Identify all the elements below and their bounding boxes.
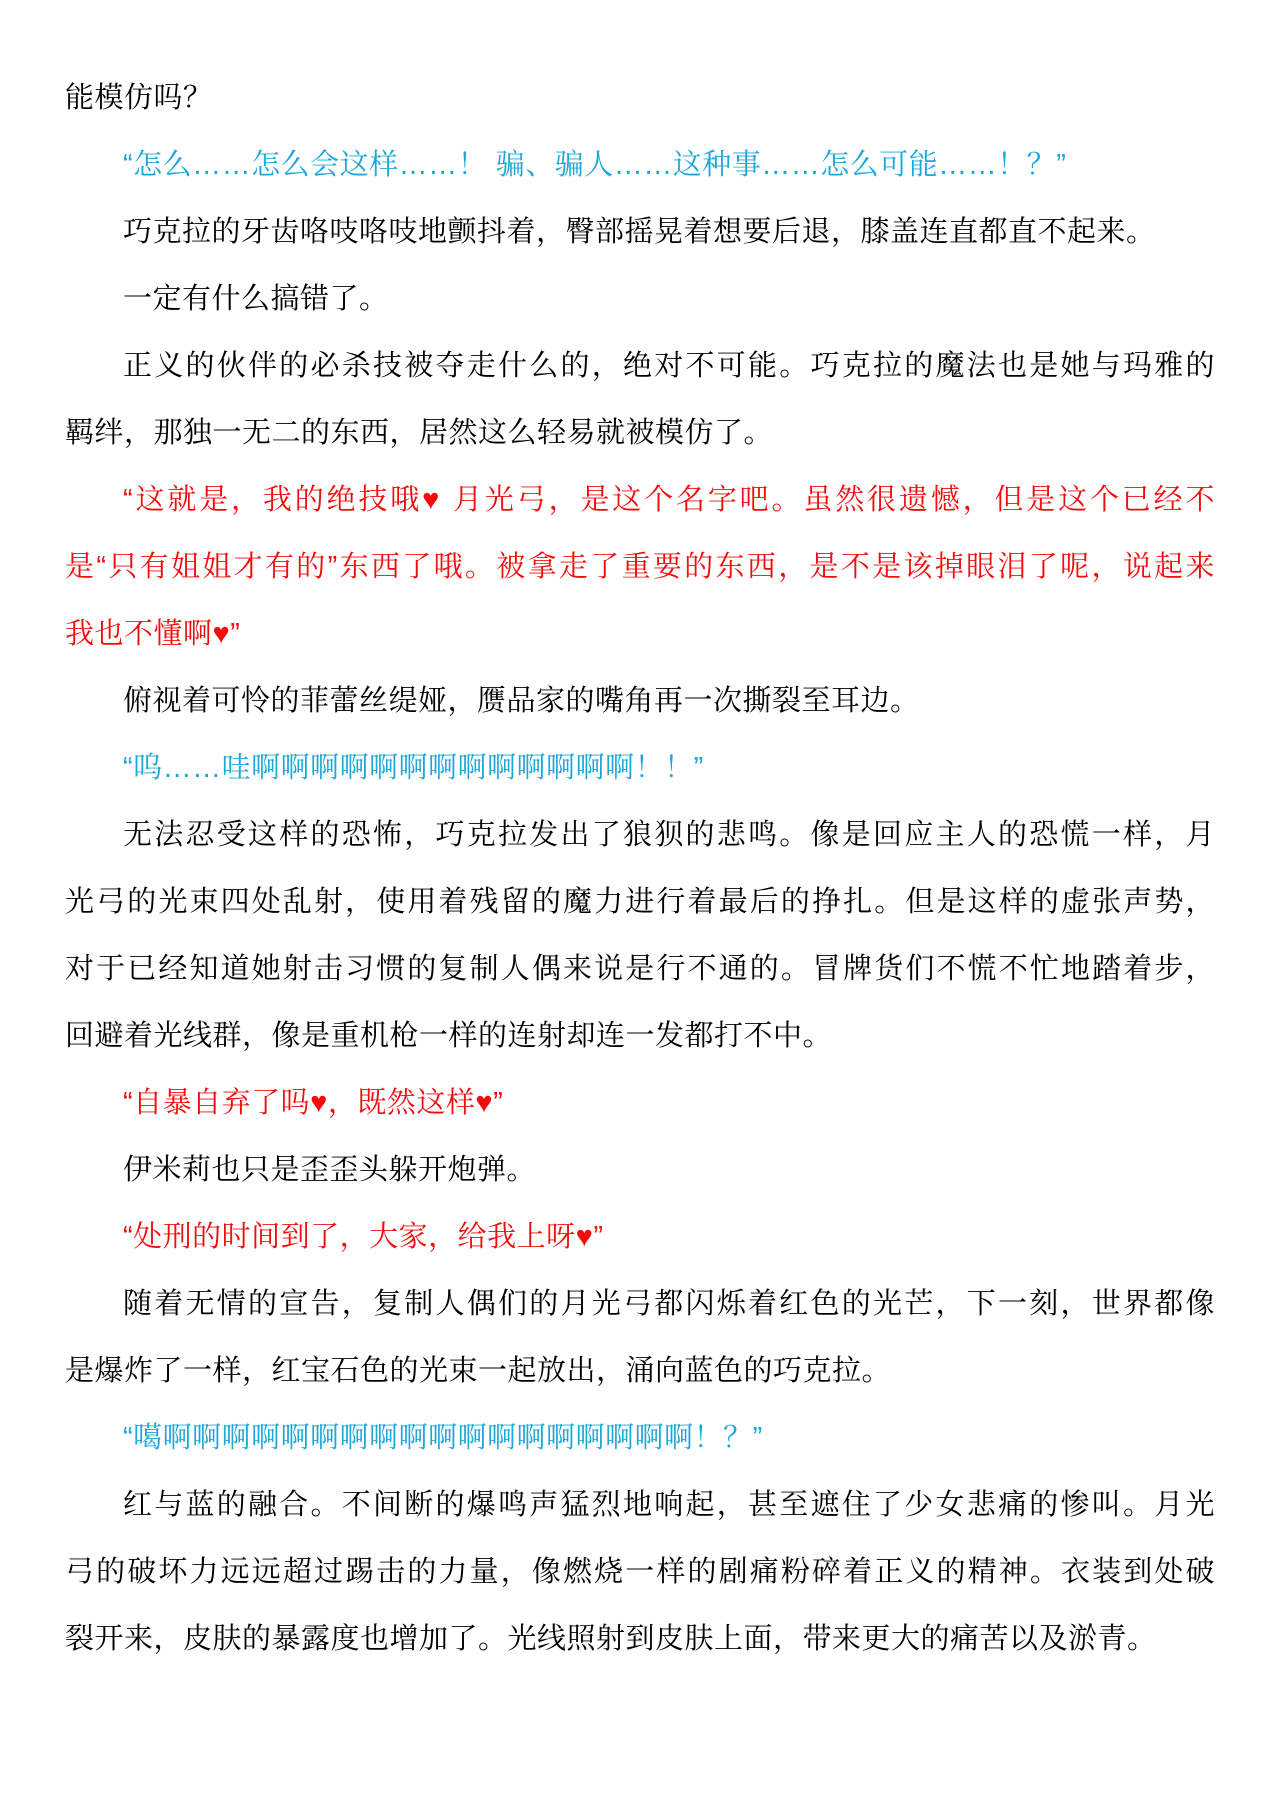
- narrative-line: 巧克拉的牙齿咯吱咯吱地颤抖着，臀部摇晃着想要后退，膝盖连直都直不起来。: [65, 199, 1215, 266]
- narrative-line: 羁绊，那独一无二的东西，居然这么轻易就被模仿了。: [65, 400, 1215, 467]
- narrative-line: 是爆炸了一样，红宝石色的光束一起放出，涌向蓝色的巧克拉。: [65, 1338, 1215, 1405]
- narrative-line: 正义的伙伴的必杀技被夺走什么的，绝对不可能。巧克拉的魔法也是她与玛雅的: [65, 333, 1215, 400]
- dialogue-line-blue: “噶啊啊啊啊啊啊啊啊啊啊啊啊啊啊啊啊啊啊！？”: [65, 1405, 1215, 1472]
- dialogue-line-red: “这就是，我的绝技哦♥ 月光弓，是这个名字吧。虽然很遗憾，但是这个已经不: [65, 467, 1215, 534]
- document-page: 能模仿吗？“怎么……怎么会这样……！ 骗、骗人……这种事……怎么可能……！？”巧…: [0, 0, 1280, 1810]
- dialogue-line-red: 是“只有姐姐才有的”东西了哦。被拿走了重要的东西，是不是该掉眼泪了呢，说起来: [65, 534, 1215, 601]
- narrative-line: 俯视着可怜的菲蕾丝缇娅，赝品家的嘴角再一次撕裂至耳边。: [65, 668, 1215, 735]
- text-body: 能模仿吗？“怎么……怎么会这样……！ 骗、骗人……这种事……怎么可能……！？”巧…: [65, 65, 1215, 1673]
- narrative-line: 光弓的光束四处乱射，使用着残留的魔力进行着最后的挣扎。但是这样的虚张声势，: [65, 869, 1215, 936]
- narrative-line: 裂开来，皮肤的暴露度也增加了。光线照射到皮肤上面，带来更大的痛苦以及淤青。: [65, 1606, 1215, 1673]
- narrative-line: 能模仿吗？: [65, 65, 1215, 132]
- narrative-line: 红与蓝的融合。不间断的爆鸣声猛烈地响起，甚至遮住了少女悲痛的惨叫。月光: [65, 1472, 1215, 1539]
- narrative-line: 无法忍受这样的恐怖，巧克拉发出了狼狈的悲鸣。像是回应主人的恐慌一样，月: [65, 802, 1215, 869]
- dialogue-line-red: “自暴自弃了吗♥，既然这样♥”: [65, 1070, 1215, 1137]
- narrative-line: 弓的破坏力远远超过踢击的力量，像燃烧一样的剧痛粉碎着正义的精神。衣装到处破: [65, 1539, 1215, 1606]
- narrative-line: 随着无情的宣告，复制人偶们的月光弓都闪烁着红色的光芒，下一刻，世界都像: [65, 1271, 1215, 1338]
- narrative-line: 回避着光线群，像是重机枪一样的连射却连一发都打不中。: [65, 1003, 1215, 1070]
- narrative-line: 对于已经知道她射击习惯的复制人偶来说是行不通的。冒牌货们不慌不忙地踏着步，: [65, 936, 1215, 1003]
- narrative-line: 一定有什么搞错了。: [65, 266, 1215, 333]
- narrative-line: 伊米莉也只是歪歪头躲开炮弹。: [65, 1137, 1215, 1204]
- dialogue-line-blue: “怎么……怎么会这样……！ 骗、骗人……这种事……怎么可能……！？”: [65, 132, 1215, 199]
- dialogue-line-blue: “呜……哇啊啊啊啊啊啊啊啊啊啊啊啊啊！！”: [65, 735, 1215, 802]
- dialogue-line-red: 我也不懂啊♥”: [65, 601, 1215, 668]
- dialogue-line-red: “处刑的时间到了，大家，给我上呀♥”: [65, 1204, 1215, 1271]
